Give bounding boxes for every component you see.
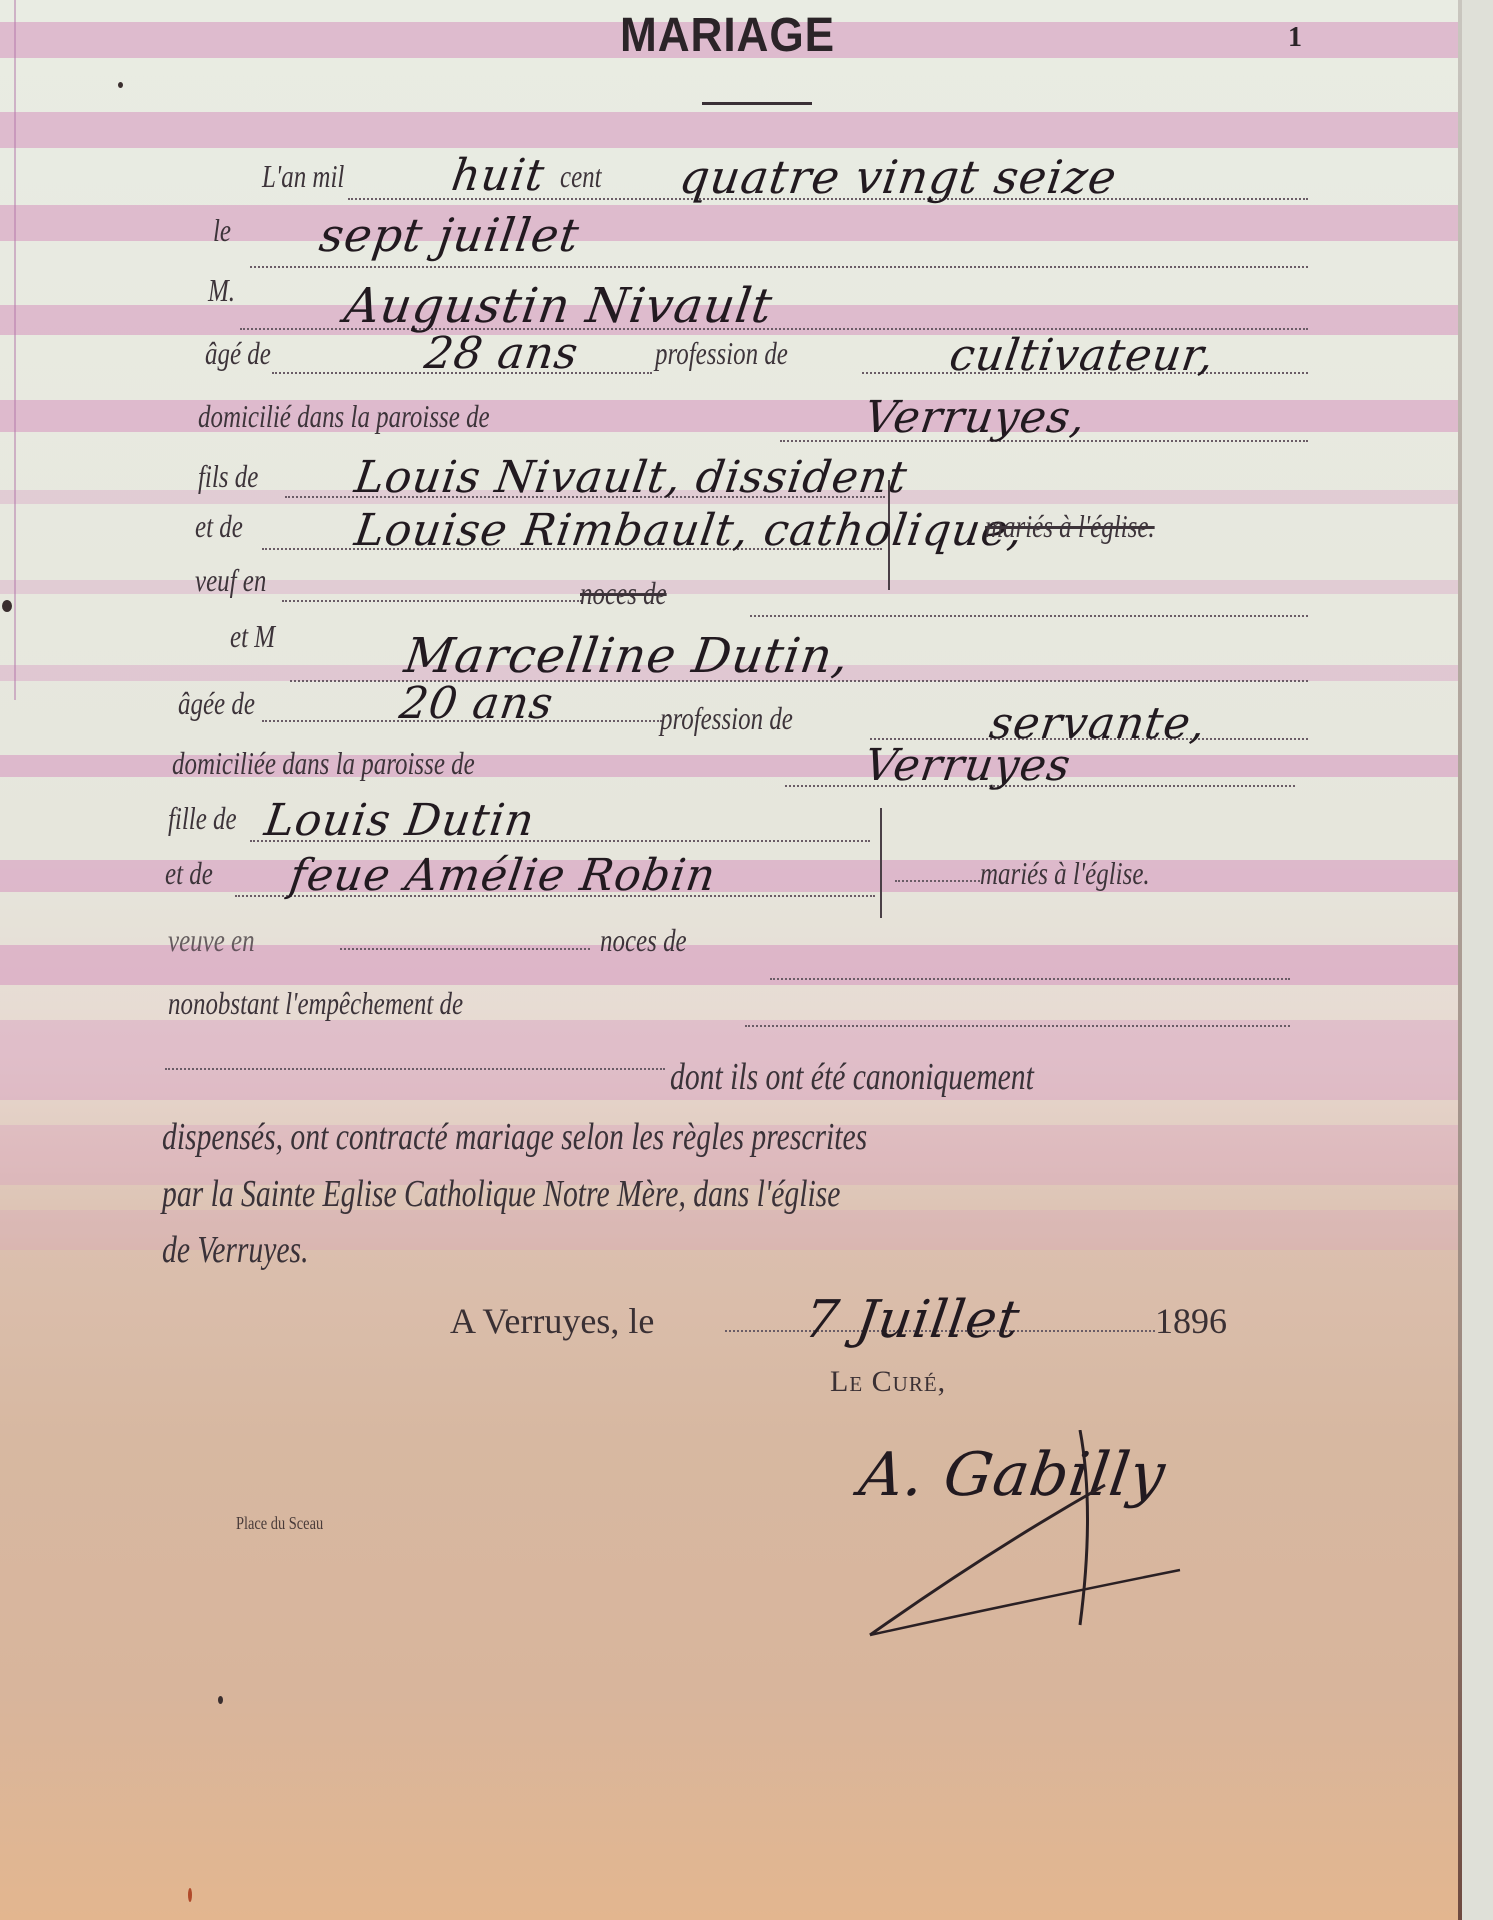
- dispensation-line: [165, 1068, 665, 1070]
- bride-age-label: âgée de: [178, 685, 255, 722]
- widower-line: [282, 600, 582, 602]
- groom-domicile: Verruyes,: [861, 392, 1089, 443]
- bride-parents-married: mariés à l'église.: [980, 855, 1150, 892]
- groom-name: Augustin Nivault: [341, 278, 776, 334]
- widower-label: veuf en: [195, 562, 266, 599]
- page-number: 1: [1288, 22, 1302, 54]
- widow-line: [340, 948, 590, 950]
- groom-mother-label: et de: [195, 508, 243, 545]
- year-value-a: huit: [448, 150, 548, 201]
- year-label: L'an mil: [262, 158, 344, 195]
- place-date-year: 1896: [1155, 1300, 1227, 1342]
- bride-name: Marcelline Dutin,: [401, 628, 853, 684]
- ruled-stripe: [0, 860, 1462, 892]
- seal-label: Place du Sceau: [236, 1513, 323, 1534]
- document-title: MARIAGE: [620, 8, 835, 63]
- ink-speck: [218, 1696, 223, 1704]
- margin-line: [14, 0, 16, 700]
- bride-mother: feue Amélie Robin: [286, 850, 719, 901]
- groom-label: M.: [208, 272, 235, 309]
- bride-father-label: fille de: [168, 800, 237, 837]
- widower-noces-label: noces de: [580, 575, 667, 612]
- groom-profession-label: profession de: [655, 335, 788, 372]
- bride-label: et M: [230, 618, 275, 655]
- place-date-value: 7 Juillet: [801, 1290, 1024, 1350]
- year-value-b: quatre vingt seize: [676, 150, 1120, 204]
- impediment-line: [745, 1025, 1290, 1027]
- parents-brace: [880, 808, 882, 918]
- date-label: le: [213, 212, 231, 249]
- bride-father: Louis Dutin: [261, 795, 538, 846]
- groom-parents-married-struck: mariés à l'église.: [985, 508, 1155, 545]
- title-rule: [702, 102, 812, 105]
- closing-line-3: par la Sainte Eglise Catholique Notre Mè…: [162, 1172, 840, 1216]
- groom-profession: cultivateur,: [946, 330, 1217, 381]
- bride-profession-label: profession de: [660, 700, 793, 737]
- bride-age: 20 ans: [396, 678, 556, 729]
- signatory-label: Le Curé,: [830, 1365, 946, 1399]
- closing-line-2: dispensés, ont contracté mariage selon l…: [162, 1115, 867, 1159]
- widow-label: veuve en: [168, 922, 255, 959]
- widow-noces-label: noces de: [600, 922, 687, 959]
- place-date-label: A Verruyes, le: [450, 1300, 654, 1342]
- ink-speck: [188, 1888, 192, 1902]
- married-leader-line: [895, 880, 980, 882]
- closing-line-4: de Verruyes.: [162, 1228, 309, 1272]
- background-margin: [1462, 0, 1493, 1920]
- ruled-stripe: [0, 112, 1462, 148]
- signature-flourish-icon: [850, 1430, 1190, 1650]
- date-value: sept juillet: [316, 208, 583, 262]
- widow-noces-line: [770, 978, 1290, 980]
- ink-speck: [118, 82, 123, 88]
- widower-noces-line: [750, 615, 1308, 617]
- impediment-label: nonobstant l'empêchement de: [168, 985, 463, 1022]
- groom-age-label: âgé de: [205, 335, 271, 372]
- groom-age: 28 ans: [421, 328, 581, 379]
- bride-domicile: Verruyes: [861, 740, 1074, 791]
- groom-father-label: fils de: [198, 458, 258, 495]
- closing-line-1: dont ils ont été canoniquement: [670, 1055, 1034, 1099]
- bride-domicile-label: domiciliée dans la paroisse de: [172, 745, 475, 782]
- groom-mother: Louise Rimbault, catholique,: [351, 505, 1026, 556]
- document-page: MARIAGE 1 L'an mil huit cent quatre ving…: [0, 0, 1462, 1920]
- groom-domicile-label: domicilié dans la paroisse de: [198, 398, 490, 435]
- bride-mother-label: et de: [165, 855, 213, 892]
- date-field-line: [250, 266, 1308, 268]
- ink-speck: [2, 600, 12, 612]
- year-label-cent: cent: [560, 158, 602, 195]
- groom-father: Louis Nivault, dissident: [351, 452, 910, 503]
